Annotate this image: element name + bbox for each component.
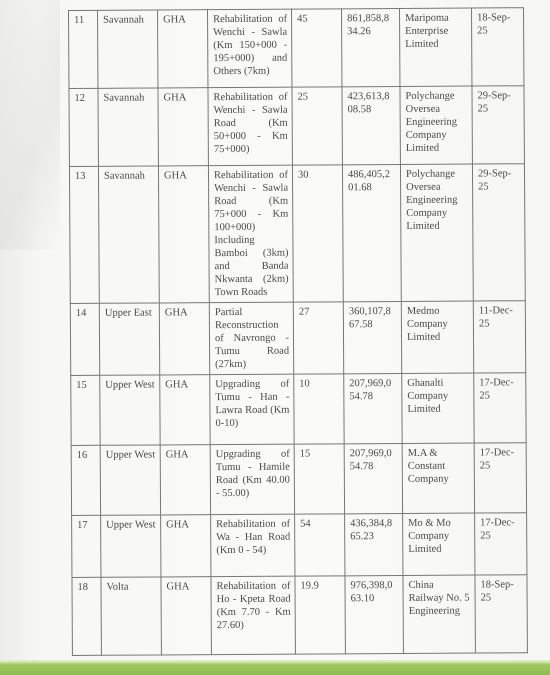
cell-length: 27	[293, 302, 343, 374]
cell-cost: 207,969,0 54.78	[344, 373, 402, 443]
cell-date: 29-Sep-25	[472, 86, 524, 164]
cell-contractor: China Railway No. 5 Engineering	[403, 575, 475, 653]
cell-length: 10	[294, 374, 344, 444]
cell-agency: GHA	[161, 515, 211, 577]
table-row: 15 Upper West GHA Upgrading of Tumu - Ha…	[71, 373, 526, 446]
cell-number: 18	[72, 577, 101, 655]
cell-number: 15	[71, 375, 100, 445]
cell-region: Volta	[101, 577, 161, 655]
cell-agency: GHA	[160, 375, 210, 445]
scanned-page: 11 Savannah GHA Rehabilitation of Wenchi…	[0, 0, 550, 660]
cell-date: 17-Dec-25	[474, 373, 526, 443]
cell-number: 16	[71, 445, 100, 515]
cell-region: Savannah	[98, 10, 158, 88]
cell-length: 25	[292, 87, 342, 165]
table-row: 16 Upper West GHA Upgrading of Tumu - Ha…	[71, 443, 526, 516]
cell-region: Upper West	[100, 445, 160, 515]
cell-agency: GHA	[158, 88, 208, 166]
table-row: 18 Volta GHA Rehabilitation of Ho - Kpet…	[72, 575, 527, 656]
cell-cost: 360,107,8 67.58	[343, 301, 401, 373]
cell-cost: 207,969,0 54.78	[344, 443, 402, 513]
cell-contractor: Polychange Oversea Engineering Company L…	[400, 86, 472, 164]
cell-number: 11	[69, 10, 98, 88]
cell-date: 18-Sep-25	[471, 8, 523, 86]
cell-number: 17	[72, 515, 101, 577]
cell-date: 29-Sep-25	[472, 164, 525, 301]
cell-description: Rehabilitation of Wa - Han Road (Km 0 - …	[211, 514, 295, 577]
cell-agency: GHA	[161, 577, 211, 655]
cell-length: 30	[292, 165, 343, 302]
cell-description: Rehabilitation of Wenchi - Sawla Road (K…	[208, 165, 293, 303]
cell-cost: 486,405,2 01.68	[342, 164, 401, 301]
table-row: 17 Upper West GHA Rehabilitation of Wa -…	[72, 513, 527, 578]
cell-region: Savannah	[98, 88, 158, 166]
cell-agency: GHA	[158, 166, 209, 303]
cell-description: Upgrading of Tumu - Han - Lawra Road (Km…	[210, 374, 294, 445]
cell-number: 12	[69, 88, 98, 166]
cell-number: 13	[69, 166, 99, 303]
cell-date: 17-Dec-25	[474, 443, 526, 513]
cell-cost: 976,398,0 63.10	[345, 575, 403, 653]
cell-cost: 423,613,8 08.58	[342, 86, 400, 164]
cell-agency: GHA	[160, 445, 210, 515]
cell-description: Rehabilitation of Wenchi - Sawla Road (K…	[208, 87, 292, 166]
cell-region: Upper West	[100, 375, 160, 445]
cell-description: Rehabilitation of Ho - Kpeta Road (Km 7.…	[211, 576, 295, 655]
cell-date: 11-Dec-25	[473, 301, 525, 373]
cell-contractor: Polychange Oversea Engineering Company L…	[400, 164, 473, 301]
cell-length: 54	[295, 514, 345, 576]
table-row: 12 Savannah GHA Rehabilitation of Wenchi…	[69, 86, 524, 167]
table-row: 11 Savannah GHA Rehabilitation of Wenchi…	[69, 8, 524, 89]
table-row: 14 Upper East GHA Partial Reconstruction…	[70, 301, 525, 376]
cell-description: Rehabilitation of Wenchi - Sawla (Km 150…	[208, 9, 292, 88]
cell-date: 17-Dec-25	[475, 513, 527, 575]
cell-region: Upper West	[101, 515, 161, 577]
cell-contractor: Mo & Mo Company Limited	[403, 513, 475, 575]
cell-cost: 436,384,8 65.23	[345, 513, 403, 575]
cell-region: Upper East	[99, 303, 159, 375]
cell-contractor: Ghanalti Company Limited	[402, 373, 474, 443]
cell-region: Savannah	[98, 166, 159, 303]
road-contracts-table: 11 Savannah GHA Rehabilitation of Wenchi…	[68, 7, 528, 656]
cell-agency: GHA	[159, 303, 209, 375]
cell-contractor: Medmo Company Limited	[401, 301, 473, 373]
cell-agency: GHA	[158, 10, 208, 88]
cell-contractor: Maripoma Enterprise Limited	[399, 8, 471, 86]
cell-number: 14	[70, 303, 99, 375]
cell-length: 19.9	[295, 576, 345, 654]
table-row: 13 Savannah GHA Rehabilitation of Wenchi…	[69, 164, 525, 304]
cell-length: 45	[291, 9, 341, 87]
cell-length: 15	[294, 444, 344, 514]
page-shadow	[0, 0, 60, 250]
footer-bar	[0, 662, 550, 675]
cell-description: Upgrading of Tumu - Hamile Road (Km 40.0…	[210, 444, 294, 515]
cell-description: Partial Reconstruction of Navrongo - Tum…	[209, 302, 293, 375]
cell-cost: 861,858,8 34.26	[341, 8, 399, 86]
cell-date: 18-Sep-25	[475, 575, 527, 653]
cell-contractor: M.A & Constant Company	[402, 443, 474, 513]
